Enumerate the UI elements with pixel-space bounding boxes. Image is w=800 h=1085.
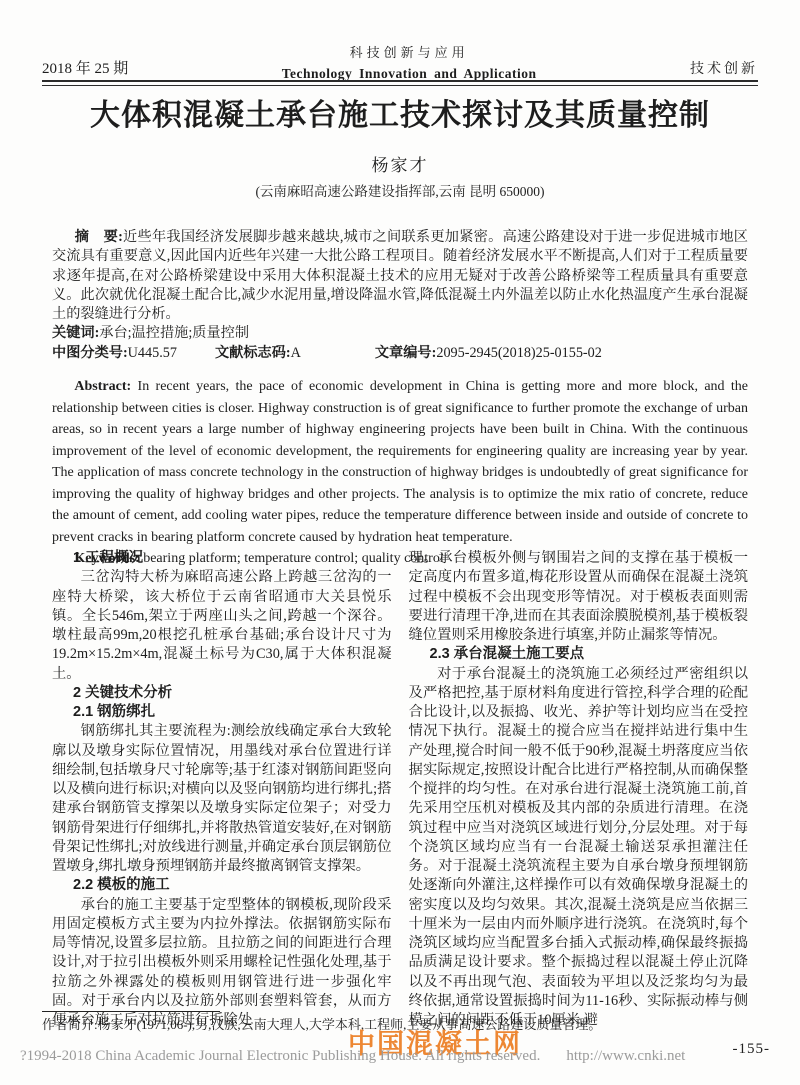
section-heading-2: 2 关键技术分析 <box>52 684 392 703</box>
doc-code-label: 文献标志码: <box>215 345 291 361</box>
paragraph-formwork-cont: 理。承台模板外侧与钢围岩之间的支撑在基于模板一定高度内布置多道,梅花形设置从而确… <box>409 549 749 645</box>
abstract-cn-text: 近些年我国经济发展脚步越来越块,城市之间联系更加紧密。高速公路建设对于进一步促进… <box>52 229 748 322</box>
abstract-cn: 摘 要:近些年我国经济发展脚步越来越块,城市之间联系更加紧密。高速公路建设对于进… <box>52 228 748 324</box>
author-affiliation: (云南麻昭高速公路建设指挥部,云南 昆明 650000) <box>0 180 800 200</box>
paper-title: 大体积混凝土承台施工技术探讨及其质量控制 <box>0 90 800 134</box>
footnote-rule <box>42 1011 220 1012</box>
page-header: 2018 年 25 期 科技创新与应用 Technology Innovatio… <box>42 34 758 80</box>
body-columns: 1 工程概况 三岔沟特大桥为麻昭高速公路上跨越三岔沟的一座特大桥梁，该大桥位于云… <box>52 549 748 1030</box>
section-heading-2-2: 2.2 模板的施工 <box>52 876 392 895</box>
cnki-url: http://www.cnki.net <box>566 1048 685 1064</box>
header-rule-thin <box>42 85 758 86</box>
clc-value: U445.57 <box>128 345 177 361</box>
header-rule-thick <box>42 80 758 82</box>
doc-code-value: A <box>291 345 301 361</box>
author-name: 杨家才 <box>0 151 800 176</box>
clc-label: 中图分类号: <box>52 345 128 361</box>
page-number: -155- <box>733 1041 771 1058</box>
copyright-text: ?1994-2018 China Academic Journal Electr… <box>20 1048 540 1064</box>
issue-number: 2018 年 25 期 <box>42 57 128 80</box>
copyright-line: ?1994-2018 China Academic Journal Electr… <box>20 1048 685 1065</box>
meta-row: 中图分类号:U445.57 文献标志码:A 文章编号:2095-2945(201… <box>52 344 748 363</box>
article-id: 文章编号:2095-2945(2018)25-0155-02 <box>375 344 602 363</box>
left-column: 1 工程概况 三岔沟特大桥为麻昭高速公路上跨越三岔沟的一座特大桥梁，该大桥位于云… <box>52 549 392 1030</box>
keywords-cn: 关键词:承台;温控措施;质量控制 <box>52 324 748 343</box>
section-heading-1: 1 工程概况 <box>52 549 392 568</box>
journal-name-cn: 科技创新与应用 <box>282 46 537 59</box>
section-heading-2-3: 2.3 承台混凝土施工要点 <box>409 645 749 664</box>
article-id-label: 文章编号: <box>375 345 436 361</box>
abstract-en-label: Abstract: <box>74 379 131 394</box>
journal-name-en: Technology Innovation and Application <box>282 67 537 81</box>
keywords-cn-text: 承台;温控措施;质量控制 <box>99 325 249 341</box>
journal-page: 2018 年 25 期 科技创新与应用 Technology Innovatio… <box>0 0 800 1085</box>
section-heading-2-1: 2.1 钢筋绑扎 <box>52 703 392 722</box>
paragraph-concrete: 对于承台混凝土的浇筑施工必须经过严密组织以及严格把控,基于原材料角度进行管控,科… <box>409 665 749 1031</box>
clc-number: 中图分类号:U445.57 <box>52 344 177 363</box>
document-code: 文献标志码:A <box>215 344 301 363</box>
keywords-cn-label: 关键词: <box>52 325 99 341</box>
journal-name-block: 科技创新与应用 Technology Innovation and Applic… <box>282 46 537 81</box>
paragraph-overview: 三岔沟特大桥为麻昭高速公路上跨越三岔沟的一座特大桥梁，该大桥位于云南省昭通市大关… <box>52 568 392 684</box>
paragraph-rebar: 钢筋绑扎其主要流程为:测绘放线确定承台大致轮廓以及墩身实际位置情况，用墨线对承台… <box>52 722 392 876</box>
column-name: 技术创新 <box>690 58 758 80</box>
abstract-en-text: In recent years, the pace of economic de… <box>52 379 748 545</box>
abstract-cn-label: 摘 要: <box>75 229 123 245</box>
article-id-value: 2095-2945(2018)25-0155-02 <box>436 345 602 361</box>
abstract-block: 摘 要:近些年我国经济发展脚步越来越块,城市之间联系更加紧密。高速公路建设对于进… <box>52 228 748 570</box>
right-column: 理。承台模板外侧与钢围岩之间的支撑在基于模板一定高度内布置多道,梅花形设置从而确… <box>409 549 749 1030</box>
abstract-en: Abstract: In recent years, the pace of e… <box>52 376 748 548</box>
